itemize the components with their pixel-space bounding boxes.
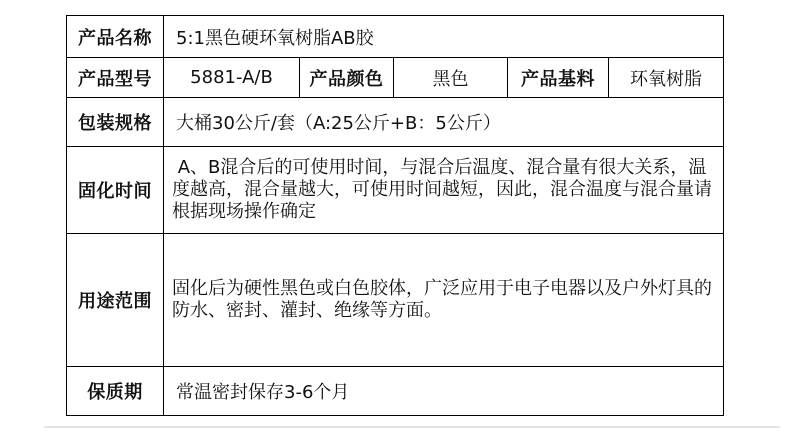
product-model-value: 5881-A/B	[164, 58, 300, 98]
packaging-value: 大桶30公斤/套（A:25公斤+B：5公斤）	[164, 98, 724, 147]
bottom-divider	[44, 426, 780, 428]
curing-time-label: 固化时间	[67, 147, 164, 234]
row-shelf-life: 保质期 常温密封保存3-6个月	[67, 367, 724, 416]
product-model-label: 产品型号	[67, 58, 164, 98]
product-color-value: 黑色	[394, 58, 508, 98]
application-cell: 固化后为硬性黑色或白色胶体，广泛应用于电子电器以及户外灯具的防水、密封、灌封、绝…	[164, 234, 724, 367]
base-material-label: 产品基料	[508, 58, 609, 98]
row-packaging: 包装规格 大桶30公斤/套（A:25公斤+B：5公斤）	[67, 98, 724, 147]
product-name-value: 5:1黑色硬环氧树脂AB胶	[164, 16, 724, 58]
application-label: 用途范围	[67, 234, 164, 367]
curing-time-value: A、B混合后的可使用时间，与混合后温度、混合量有很大关系，温度越高，混合量越大，…	[172, 157, 718, 223]
shelf-life-label: 保质期	[67, 367, 164, 416]
product-color-label: 产品颜色	[300, 58, 394, 98]
product-spec-table: 产品名称 5:1黑色硬环氧树脂AB胶 产品型号 5881-A/B 产品颜色 黑色…	[66, 15, 724, 416]
row-curing-time: 固化时间 A、B混合后的可使用时间，与混合后温度、混合量有很大关系，温度越高，混…	[67, 147, 724, 234]
curing-time-cell: A、B混合后的可使用时间，与混合后温度、混合量有很大关系，温度越高，混合量越大，…	[164, 147, 724, 234]
shelf-life-value: 常温密封保存3-6个月	[164, 367, 724, 416]
packaging-label: 包装规格	[67, 98, 164, 147]
application-value: 固化后为硬性黑色或白色胶体，广泛应用于电子电器以及户外灯具的防水、密封、灌封、绝…	[172, 278, 718, 322]
product-spec-page: 产品名称 5:1黑色硬环氧树脂AB胶 产品型号 5881-A/B 产品颜色 黑色…	[0, 0, 790, 436]
base-material-value: 环氧树脂	[609, 58, 724, 98]
row-application: 用途范围 固化后为硬性黑色或白色胶体，广泛应用于电子电器以及户外灯具的防水、密封…	[67, 234, 724, 367]
product-name-label: 产品名称	[67, 16, 164, 58]
row-product-name: 产品名称 5:1黑色硬环氧树脂AB胶	[67, 16, 724, 58]
row-model-color-base: 产品型号 5881-A/B 产品颜色 黑色 产品基料 环氧树脂	[67, 58, 724, 98]
